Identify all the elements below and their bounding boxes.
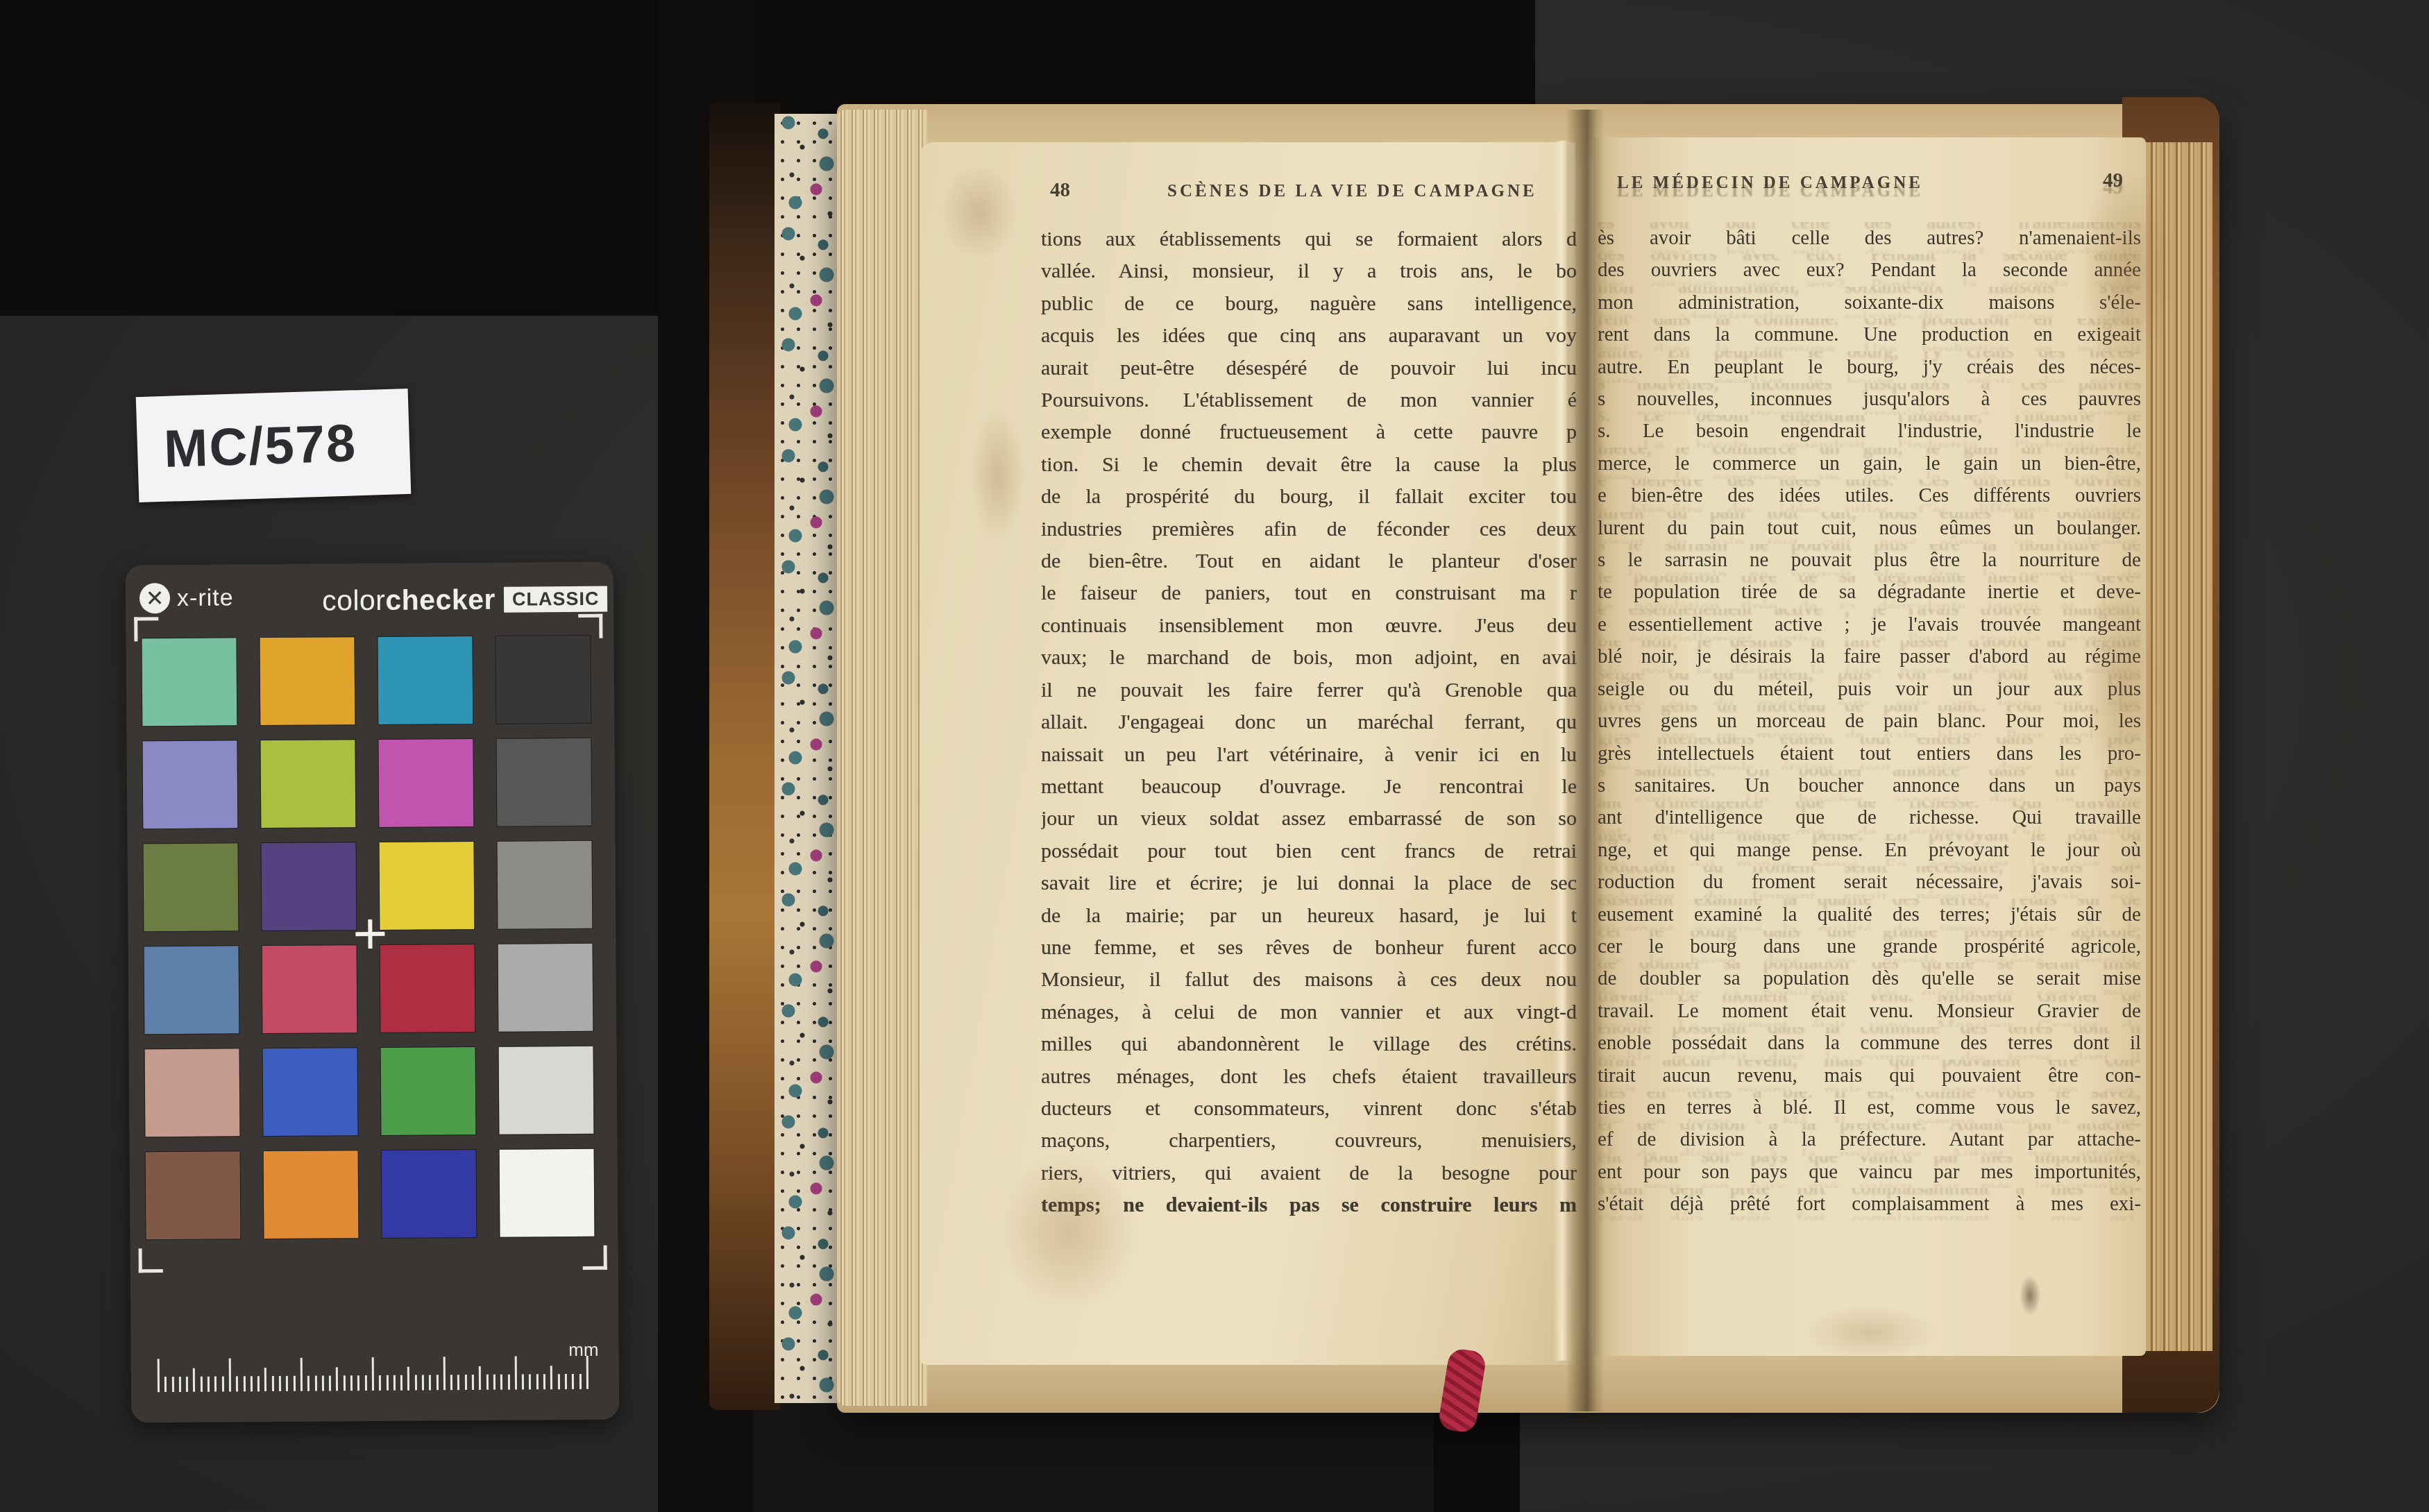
text-line: ef de division à la préfecture. Autant p… <box>1598 1123 2141 1155</box>
color-patch <box>260 740 355 828</box>
text-line: possédait pour tout bien cent francs de … <box>1041 835 1577 867</box>
text-line: s nouvelles, inconnues jusqu'alors à ces… <box>1598 383 2141 415</box>
text-line: aurait peut-être désespéré de pouvoir lu… <box>1041 352 1577 384</box>
color-patch <box>500 1149 595 1237</box>
text-line: de la prospérité du bourg, il fallait ex… <box>1041 481 1577 513</box>
color-patch <box>496 636 591 724</box>
ruler-tick <box>536 1374 539 1389</box>
text-line: de bien-être. Tout en aidant le planteur… <box>1041 545 1577 577</box>
text-line: Monsieur, il fallut des maisons à ces de… <box>1041 964 1577 996</box>
ruler-tick <box>572 1374 574 1389</box>
ruler-tick <box>364 1375 366 1391</box>
text-line: mettant beaucoup d'ouvrage. Je rencontra… <box>1041 771 1577 803</box>
mm-ruler: mm <box>158 1343 588 1392</box>
xrite-logo-icon <box>139 583 170 613</box>
text-line: cer le bourg dans une grande prospérité … <box>1598 931 2141 962</box>
text-line: seigle ou du méteil, puis voir un jour a… <box>1598 673 2141 705</box>
ruler-tick <box>415 1375 417 1391</box>
ruler-tick <box>465 1375 467 1390</box>
ruler-tick <box>357 1375 359 1391</box>
text-line: autre. En peuplant le bourg, j'y créais … <box>1598 351 2141 383</box>
color-patch <box>142 638 237 726</box>
right-page-text: ès avoir bâti celle des autres? n'amenai… <box>1598 222 2141 1221</box>
ruler-tick <box>336 1367 338 1391</box>
text-line: s'était déjà prêté fort complaisamment à… <box>1598 1188 2141 1220</box>
color-patch <box>142 740 237 829</box>
color-patch <box>144 843 239 931</box>
text-line: roduction du froment serait nécessaire, … <box>1598 866 2141 898</box>
registration-cross-icon <box>355 919 384 949</box>
text-line: tirait aucun revenu, mais qui pouvaient … <box>1598 1060 2141 1091</box>
crop-mark-icon <box>134 617 158 641</box>
text-line: continuais insensiblement mon œuvre. J'e… <box>1041 610 1577 642</box>
ruler-tick <box>557 1374 559 1389</box>
text-line: ès avoir bâti celle des autres? n'amenai… <box>1598 222 2141 254</box>
cradle-shadow-bottom <box>754 1398 1434 1512</box>
text-line: ménages, à celui de mon vannier et aux v… <box>1041 996 1577 1028</box>
ruler-tick <box>164 1377 167 1392</box>
text-line: enoble possédait dans la commune des ter… <box>1598 1027 2141 1059</box>
text-line: travail. Le moment était venu. Monsieur … <box>1598 995 2141 1027</box>
text-line: grès intellectuels étaient tout entiers … <box>1598 738 2141 770</box>
crop-mark-icon <box>583 1246 607 1270</box>
text-line: savait lire et écrire; je lui donnai la … <box>1041 867 1577 899</box>
ruler-tick <box>186 1377 188 1392</box>
ruler-tick <box>436 1375 438 1390</box>
digitization-photo: 48 SCÈNES DE LA VIE DE CAMPAGNE LE MÉDEC… <box>0 0 2429 1512</box>
color-patch <box>263 1048 358 1136</box>
left-page-text: tions aux établissements qui se formaien… <box>1041 223 1577 1222</box>
color-patch <box>262 945 357 1033</box>
text-line: il ne pouvait les faire ferrer qu'à Gren… <box>1041 674 1577 706</box>
text-line: industries premières afin de féconder ce… <box>1041 513 1577 545</box>
wordmark-light: color <box>322 584 386 617</box>
text-line: naissait un peu l'art vétérinaire, à ven… <box>1041 739 1577 771</box>
ruler-tick <box>457 1375 459 1390</box>
ruler-tick <box>229 1358 231 1391</box>
ruler-tick <box>201 1377 203 1392</box>
ruler-tick <box>158 1359 160 1392</box>
ruler-tick <box>450 1375 452 1390</box>
ruler-tick <box>344 1375 346 1391</box>
color-patch <box>146 1151 241 1239</box>
ruler-tick <box>322 1376 324 1391</box>
ruler-tick <box>515 1357 517 1390</box>
ruler-tick <box>393 1375 396 1391</box>
color-patch <box>380 944 475 1033</box>
text-line: e essentiellement active ; je l'avais tr… <box>1598 609 2141 640</box>
ruler-tick <box>279 1376 281 1391</box>
color-patch <box>496 738 591 826</box>
text-line: Poursuivons. L'établissement de mon vann… <box>1041 384 1577 416</box>
ruler-tick <box>171 1377 173 1392</box>
ruler-tick <box>529 1374 531 1389</box>
ruler-tick <box>500 1375 502 1390</box>
color-patch <box>499 1046 594 1135</box>
ruler-tick <box>407 1367 409 1391</box>
right-running-title: LE MÉDECIN DE CAMPAGNE <box>1617 173 1923 193</box>
text-line: tions aux établissements qui se formaien… <box>1041 223 1577 255</box>
ruler-tick <box>579 1374 581 1389</box>
text-line: allait. J'engageai donc un maréchal ferr… <box>1041 706 1577 738</box>
ruler-tick <box>286 1376 288 1391</box>
colorchecker-title: colorchecker CLASSIC <box>322 583 608 618</box>
text-line: public de ce bourg, naguère sans intelli… <box>1041 288 1577 320</box>
text-line: te population tirée de sa dégradante ine… <box>1598 576 2141 608</box>
ruler-tick <box>243 1376 245 1391</box>
left-running-title: SCÈNES DE LA VIE DE CAMPAGNE <box>1167 182 1514 201</box>
ruler-tick <box>350 1375 353 1391</box>
ruler-tick <box>472 1375 474 1390</box>
text-line: des ouvriers avec eux? Pendant la second… <box>1598 254 2141 286</box>
text-line: blé noir, je désirais la faire passer d'… <box>1598 640 2141 672</box>
color-patch <box>379 842 474 930</box>
text-line: mon administration, soixante-dix maisons… <box>1598 287 2141 318</box>
ruler-tick <box>379 1375 381 1391</box>
text-line: riers, vitriers, qui avaient de la besog… <box>1041 1157 1577 1189</box>
ruler-tick <box>301 1358 303 1391</box>
text-line: merce, le commerce un gain, le gain un b… <box>1598 448 2141 479</box>
color-patch <box>382 1150 477 1238</box>
ruler-tick <box>550 1366 552 1389</box>
ruler-tick <box>586 1356 588 1389</box>
crop-mark-icon <box>578 614 602 638</box>
left-page-number: 48 <box>1050 179 1070 202</box>
ruler-tick <box>307 1376 310 1391</box>
wordmark-bold: checker <box>385 584 496 616</box>
text-line: ant d'intelligence que de richesse. Qui … <box>1598 801 2141 833</box>
ruler-tick <box>543 1374 545 1389</box>
text-line: rent dans la commune. Une production en … <box>1598 318 2141 350</box>
ruler-tick <box>565 1374 567 1389</box>
text-line: milles qui abandonnèrent le village des … <box>1041 1028 1577 1060</box>
text-line: temps; ne devaient-ils pas se construire… <box>1041 1189 1577 1221</box>
ruler-tick <box>329 1375 331 1391</box>
ruler-tick <box>314 1376 316 1391</box>
color-patch <box>145 1048 240 1137</box>
ruler-tick <box>507 1375 509 1390</box>
color-patch <box>264 1150 359 1239</box>
ruler-tick <box>293 1376 295 1391</box>
ruler-tick <box>208 1377 210 1392</box>
colorchecker-wordmark: colorchecker <box>322 584 496 618</box>
ruler-tick <box>522 1374 524 1389</box>
text-line: eusement examiné la qualité des terres; … <box>1598 899 2141 931</box>
text-line: ducteurs et consommateurs, vinrent donc … <box>1041 1093 1577 1125</box>
color-patch <box>378 636 473 724</box>
ruler-tick <box>443 1357 446 1390</box>
text-line: le faiseur de paniers, tout en construis… <box>1041 577 1577 609</box>
cradle-shadow-top-left <box>0 0 754 316</box>
color-patch <box>381 1047 476 1135</box>
ruler-tick <box>257 1376 260 1391</box>
text-line: ent pour son pays que vaincu par mes imp… <box>1598 1156 2141 1188</box>
text-line: s sanitaires. Un boucher annonce dans un… <box>1598 770 2141 801</box>
ruler-tick <box>479 1366 481 1390</box>
color-patch <box>260 637 355 725</box>
ruler-tick <box>372 1357 374 1391</box>
text-line: tion. Si le chemin devait être la cause … <box>1041 449 1577 481</box>
ruler-tick <box>272 1376 274 1391</box>
text-line: autres ménages, dont les chefs étaient t… <box>1041 1061 1577 1093</box>
right-page-number: 49 <box>2103 169 2123 192</box>
page-stack-edge-left <box>837 110 927 1406</box>
ruler-tick <box>214 1377 217 1392</box>
ruler-tick <box>400 1375 403 1391</box>
ruler-tick <box>264 1368 266 1391</box>
text-line: nge, et qui mange pense. En prévoyant le… <box>1598 834 2141 866</box>
ruler-tick <box>386 1375 388 1391</box>
color-patch <box>261 842 356 931</box>
shelfmark-label: MC/578 <box>136 389 412 502</box>
text-line: jour un vieux soldat assez embarrassé de… <box>1041 803 1577 835</box>
text-line: e bien-être des idées utiles. Ces différ… <box>1598 479 2141 511</box>
text-line: de doubler sa population dès qu'elle se … <box>1598 962 2141 994</box>
ruler-tick <box>422 1375 424 1390</box>
text-line: de la mairie; par un heureux hasard, je … <box>1041 900 1577 932</box>
text-line: s le sarrasin ne pouvait plus être la no… <box>1598 544 2141 576</box>
text-line: uvres gens un morceau de pain blanc. Pou… <box>1598 705 2141 737</box>
text-line: s. Le besoin engendrait l'industrie, l'i… <box>1598 415 2141 447</box>
ruler-unit-label: mm <box>568 1339 599 1361</box>
marbled-endpaper-edge <box>775 114 844 1403</box>
xrite-logo: x-rite <box>139 582 234 613</box>
ruler-tick <box>251 1376 253 1391</box>
colorchecker-card: x-rite colorchecker CLASSIC mm <box>126 562 620 1423</box>
crop-mark-icon <box>139 1248 163 1273</box>
page-fore-edge-right <box>2135 142 2212 1351</box>
color-patch <box>378 739 473 827</box>
color-patch <box>498 944 593 1032</box>
text-line: acquis les idées que cinq ans auparavant… <box>1041 320 1577 352</box>
ruler-tick <box>179 1377 181 1392</box>
text-line: ties en terres à blé. Il est, comme vous… <box>1598 1091 2141 1123</box>
book-cover-left-edge <box>709 103 780 1410</box>
xrite-brand-text: x-rite <box>177 584 234 612</box>
text-line: exemple donné fructueusement à cette pau… <box>1041 416 1577 448</box>
color-patch <box>497 841 592 929</box>
ruler-tick <box>486 1375 489 1390</box>
classic-badge: CLASSIC <box>504 586 608 613</box>
text-line: une femme, et ses rêves de bonheur furen… <box>1041 932 1577 964</box>
ruler-tick <box>236 1376 238 1391</box>
ruler-tick <box>493 1375 496 1390</box>
text-line: vallée. Ainsi, monsieur, il y a trois an… <box>1041 255 1577 287</box>
text-line: lurent du pain tout cuit, nous eûmes un … <box>1598 512 2141 544</box>
text-line: maçons, charpentiers, couvreurs, menuisi… <box>1041 1125 1577 1157</box>
shelfmark-text: MC/578 <box>137 413 358 480</box>
text-line: vaux; le marchand de bois, mon adjoint, … <box>1041 642 1577 674</box>
ruler-tick <box>193 1368 195 1392</box>
ruler-tick <box>429 1375 431 1390</box>
color-patch <box>144 946 239 1034</box>
ruler-tick <box>222 1377 224 1392</box>
